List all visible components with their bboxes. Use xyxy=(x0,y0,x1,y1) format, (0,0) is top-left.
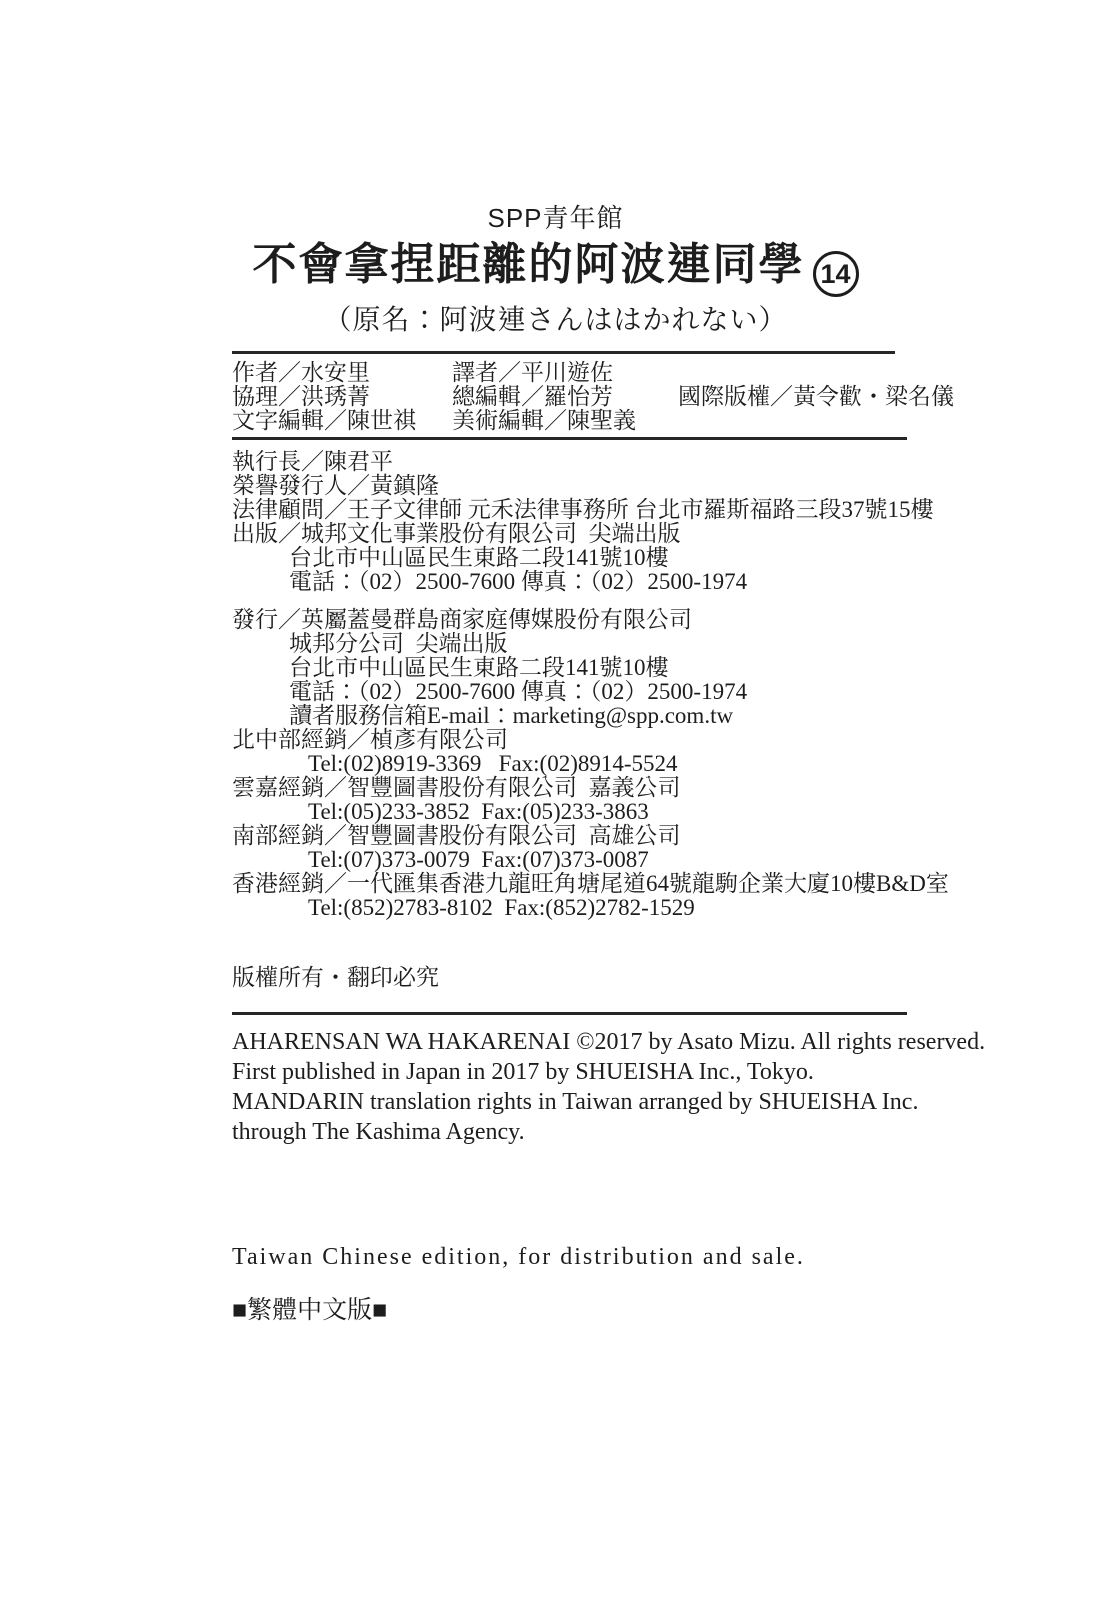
content-column: 作者／水安里 譯者／平川遊佐 協理／洪琇菁 總編輯／羅怡芳 國際版權／黃令歡・梁… xyxy=(232,351,922,1327)
distributor-north-tel: Tel:(02)8919-3369 Fax:(02)8914-5524 xyxy=(232,752,922,776)
issuing-line-branch: 城邦分公司 尖端出版 xyxy=(232,632,922,656)
copyright-notice: 版權所有・翻印必究 xyxy=(232,966,922,990)
english-line-agency: through The Kashima Agency. xyxy=(232,1117,922,1147)
footer: Taiwan Chinese edition, for distribution… xyxy=(232,1243,922,1327)
volume-badge: 14 xyxy=(813,251,859,297)
credit-cell-empty xyxy=(678,361,912,385)
distributors-block: 北中部經銷／楨彥有限公司 Tel:(02)8919-3369 Fax:(02)8… xyxy=(232,728,922,920)
distributor-north: 北中部經銷／楨彥有限公司 xyxy=(232,728,922,752)
publisher-block: 執行長／陳君平 榮譽發行人／黃鎮隆 法律顧問／王子文律師 元禾法律事務所 台北市… xyxy=(232,450,922,594)
publisher-line-honorary: 榮譽發行人／黃鎮隆 xyxy=(232,474,922,498)
publisher-line-ceo: 執行長／陳君平 xyxy=(232,450,922,474)
english-copyright-block: AHARENSAN WA HAKARENAI ©2017 by Asato Mi… xyxy=(232,1027,922,1147)
credit-cell-art-editor: 美術編輯／陳聖義 xyxy=(452,409,678,433)
credit-cell-chief-editor: 總編輯／羅怡芳 xyxy=(452,385,678,409)
credit-cell-translator: 譯者／平川遊佐 xyxy=(452,361,678,385)
distributor-yunjia: 雲嘉經銷／智豐圖書股份有限公司 嘉義公司 xyxy=(232,776,922,800)
volume-number: 14 xyxy=(820,247,850,301)
publisher-line-legal: 法律顧問／王子文律師 元禾法律事務所 台北市羅斯福路三段37號15樓 xyxy=(232,498,922,522)
taiwan-edition-note: Taiwan Chinese edition, for distribution… xyxy=(232,1243,922,1271)
distributor-south-tel: Tel:(07)373-0079 Fax:(07)373-0087 xyxy=(232,848,922,872)
credit-cell-text-editor: 文字編輯／陳世祺 xyxy=(232,409,452,433)
issuing-line-address: 台北市中山區民生東路二段141號10樓 xyxy=(232,656,922,680)
issuing-block: 發行／英屬蓋曼群島商家庭傳媒股份有限公司 城邦分公司 尖端出版 台北市中山區民生… xyxy=(232,608,922,728)
credits-row: 協理／洪琇菁 總編輯／羅怡芳 國際版權／黃令歡・梁名儀 xyxy=(232,385,912,409)
credits-row: 作者／水安里 譯者／平川遊佐 xyxy=(232,361,912,385)
issuing-line-company: 發行／英屬蓋曼群島商家庭傳媒股份有限公司 xyxy=(232,608,922,632)
distributor-hongkong-tel: Tel:(852)2783-8102 Fax:(852)2782-1529 xyxy=(232,896,922,920)
distributor-hongkong: 香港經銷／一代匯集香港九龍旺角塘尾道64號龍駒企業大廈10樓B&D室 xyxy=(232,872,922,896)
divider-credits xyxy=(232,437,907,440)
english-line-first-published: First published in Japan in 2017 by SHUE… xyxy=(232,1057,922,1087)
credits-table: 作者／水安里 譯者／平川遊佐 協理／洪琇菁 總編輯／羅怡芳 國際版權／黃令歡・梁… xyxy=(232,361,912,433)
book-title-text: 不會拿捏距離的阿波連同學 xyxy=(253,240,805,289)
distributor-yunjia-tel: Tel:(05)233-3852 Fax:(05)233-3863 xyxy=(232,800,922,824)
issuing-line-email: 讀者服務信箱E-mail：marketing@spp.com.tw xyxy=(232,704,922,728)
traditional-chinese-label: ■繁體中文版■ xyxy=(232,1295,922,1327)
credit-cell-empty xyxy=(678,409,912,433)
imprint-label: SPP青年館 xyxy=(0,202,1111,234)
distributor-south: 南部經銷／智豐圖書股份有限公司 高雄公司 xyxy=(232,824,922,848)
book-title: 不會拿捏距離的阿波連同學14 xyxy=(0,238,1111,297)
divider-top xyxy=(232,351,895,354)
english-line-mandarin-rights: MANDARIN translation rights in Taiwan ar… xyxy=(232,1087,922,1117)
divider-english xyxy=(232,1012,907,1015)
colophon-page: SPP青年館 不會拿捏距離的阿波連同學14 （原名：阿波連さんははかれない） 作… xyxy=(0,0,1111,1600)
credits-row: 文字編輯／陳世祺 美術編輯／陳聖義 xyxy=(232,409,912,433)
publisher-line-phone: 電話：（02）2500-7600 傳真：（02）2500-1974 xyxy=(232,570,922,594)
english-line-copyright: AHARENSAN WA HAKARENAI ©2017 by Asato Mi… xyxy=(232,1027,922,1057)
issuing-line-phone: 電話：（02）2500-7600 傳真：（02）2500-1974 xyxy=(232,680,922,704)
credit-cell-coordinator: 協理／洪琇菁 xyxy=(232,385,452,409)
masthead: SPP青年館 不會拿捏距離的阿波連同學14 （原名：阿波連さんははかれない） xyxy=(0,0,1111,337)
publisher-line-publisher: 出版／城邦文化事業股份有限公司 尖端出版 xyxy=(232,522,922,546)
credit-cell-intl-rights: 國際版權／黃令歡・梁名儀 xyxy=(678,385,912,409)
publisher-line-address: 台北市中山區民生東路二段141號10樓 xyxy=(232,546,922,570)
original-title: （原名：阿波連さんははかれない） xyxy=(0,303,1111,337)
credit-cell-author: 作者／水安里 xyxy=(232,361,452,385)
